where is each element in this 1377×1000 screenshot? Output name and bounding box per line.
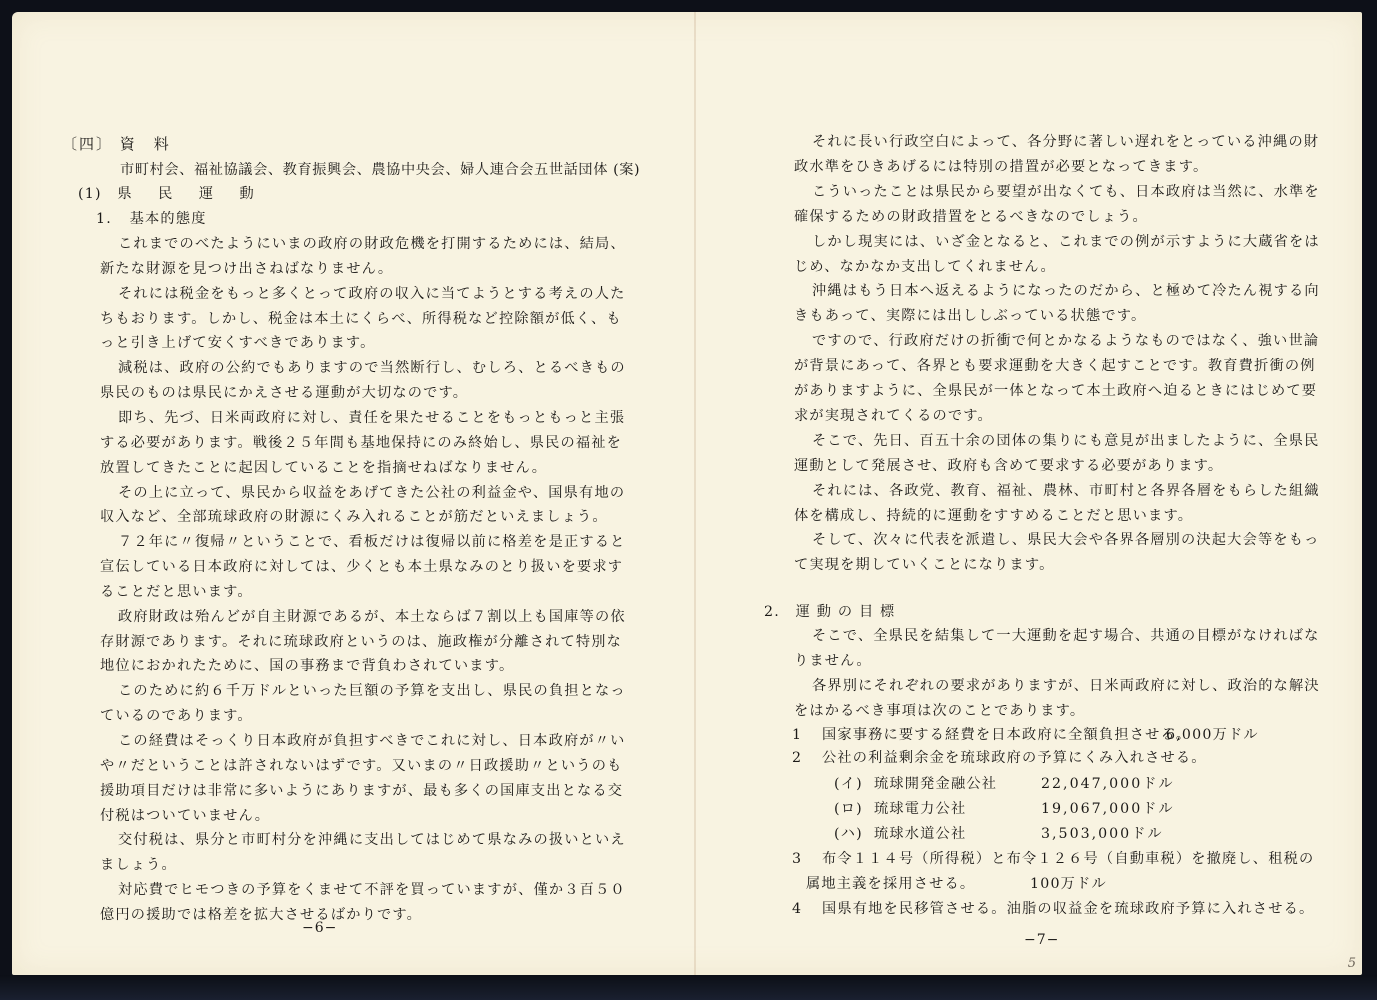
corporation-name: 琉球水道公社 <box>874 824 966 844</box>
body-line: それには税金をもっと多くとって政府の収入に当てようとする考えの人た <box>118 284 626 304</box>
demand-3-amount: 100万ドル <box>1030 874 1107 894</box>
demand-text: 公社の利益剰余金を琉球政府の予算にくみ入れさせる。 <box>822 750 1207 766</box>
page-number-right: −7− <box>1024 932 1059 948</box>
demand-number: 1 <box>792 727 802 743</box>
subsection-heading: (1) 県 民 運 動 <box>78 184 265 204</box>
corporation-name: 琉球電力公社 <box>874 799 966 819</box>
body-line: そこで、先日、百五十余の団体の集りにも意見が出ましたように、全県民 <box>812 431 1320 451</box>
body-line: じめ、なかなか支出してくれません。 <box>794 257 1056 277</box>
body-line: それには、各政党、教育、福祉、農林、市町村と各界各層をもらした組織 <box>812 481 1320 501</box>
body-line: それに長い行政空白によって、各分野に著しい遅れをとっている沖縄の財 <box>812 132 1319 152</box>
item2-heading: 2. 運 動 の 目 標 <box>764 602 895 622</box>
body-line: 運動として発展させ、政府も含めて要求する必要があります。 <box>794 456 1223 476</box>
body-line: その上に立って、県民から収益をあげてきた公社の利益金や、国県有地の <box>118 483 625 503</box>
corporation-amount: 19,067,000ドル <box>1041 799 1175 819</box>
subsection-number: (1) <box>78 186 102 202</box>
body-line: 放置してきたことに起因していることを指摘せねばなりません。 <box>100 458 547 478</box>
body-line: 政府財政は殆んどが自主財源であるが、本土ならば７割以上も国庫等の依 <box>118 607 626 627</box>
body-line: これまでのべたようにいまの政府の財政危機を打開するためには、結局、 <box>118 234 626 254</box>
body-line: て実現を期していくことになります。 <box>794 555 1054 575</box>
corporation-label: (イ) <box>834 774 863 794</box>
body-line: 地位におかれたために、国の事務まで背負わされています。 <box>100 656 514 676</box>
demand-text: 布令１１４号（所得税）と布令１２６号（自動車税）を撤廃し、租税の <box>822 851 1314 867</box>
body-line: っと引き上げて安くすべきであります。 <box>100 333 376 353</box>
page-number-left: −6− <box>302 920 337 936</box>
body-line: 対応費でヒモつきの予算をくませて不評を買っていますが、僅か３百５０ <box>118 880 626 900</box>
demand-number: 3 <box>792 851 802 867</box>
corporation-label: (ハ) <box>834 824 863 844</box>
body-line: こういったことは県民から要望が出なくても、日本政府は当然に、水準を <box>812 182 1320 202</box>
goal-line: 各界別にそれぞれの要求がありますが、日米両政府に対し、政治的な解決 <box>812 676 1320 696</box>
demand-text: 国家事務に要する経費を日本政府に全額負担させる。 <box>822 727 1191 743</box>
scan-background <box>0 975 1377 1000</box>
body-line: 新たな財源を見つけ出さねばなりません。 <box>100 259 393 279</box>
corporation-name: 琉球開発金融公社 <box>874 774 997 794</box>
item1-title: 基本的態度 <box>130 211 207 227</box>
body-line: 確保するための財政措置をとるべきなのでしょう。 <box>794 207 1148 227</box>
body-line: 付税はついていません。 <box>100 806 270 826</box>
demand-1-amount: 6,000万ドル <box>1166 725 1259 745</box>
body-line: 交付税は、県分と市町村分を沖縄に支出してはじめて県なみの扱いといえ <box>118 830 626 850</box>
demand-number: 2 <box>792 750 802 766</box>
body-line: ですので、行政府だけの折衝で何とかなるようなものではなく、強い世論 <box>812 331 1319 351</box>
body-line: ちもおります。しかし、税金は本土にくらべ、所得税など控除額が低く、も <box>100 309 622 329</box>
body-line: 減税は、政府の公約でもありますので当然断行し、むしろ、とるべきもの <box>118 358 626 378</box>
body-line: 宣伝している日本政府に対しては、少くとも本土県なみのとり扱いを要求す <box>100 557 623 577</box>
body-line: ているのであります。 <box>100 706 253 726</box>
body-line: 存財源であります。それに琉球政府というのは、施政権が分離されて特別な <box>100 632 622 652</box>
body-line: 求が実現されてくるのです。 <box>794 406 993 426</box>
goal-line: そこで、全県民を結集して一大運動を起す場合、共通の目標がなければな <box>812 626 1320 646</box>
subsection-title: 県 民 運 動 <box>117 186 264 202</box>
corporation-label: (ロ) <box>834 799 863 819</box>
demand-4: 4 国県有地を民移管させる。油脂の収益金を琉球政府予算に入れさせる。 <box>792 899 1314 919</box>
corner-mark: 5 <box>1348 956 1356 971</box>
item1-heading: 1. 基本的態度 <box>96 209 207 229</box>
organizations-line: 市町村会、福祉協議会、教育振興会、農協中央会、婦人連合会五世話団体 (案) <box>120 160 640 180</box>
body-line: しかし現実には、いざ金となると、これまでの例が示すように大蔵省をは <box>812 232 1320 252</box>
body-line: ７２年に〃復帰〃ということで、看板だけは復帰以前に格差を是正すると <box>118 532 626 552</box>
goal-line: をはかるべき事項は次のことであります。 <box>794 701 1085 721</box>
body-line: この経費はそっくり日本政府が負担すべきでこれに対し、日本政府が〃い <box>118 731 626 751</box>
demand-3-continued: 属地主義を採用させる。 <box>806 874 975 894</box>
body-line: 収入など、全部琉球政府の財源にくみ入れることが筋だといえましょう。 <box>100 507 608 527</box>
body-line: このために約６千万ドルといった巨額の予算を支出し、県民の負担となっ <box>118 681 626 701</box>
body-line: ましょう。 <box>100 855 177 875</box>
body-line: 即ち、先づ、日米両政府に対し、責任を果たせることをもっともっと主張 <box>118 408 625 428</box>
demand-3: 3 布令１１４号（所得税）と布令１２６号（自動車税）を撤廃し、租税の <box>792 849 1314 869</box>
body-line: きもあって、実際には出ししぶっている状態です。 <box>794 306 1146 326</box>
corporation-amount: 22,047,000ドル <box>1041 774 1175 794</box>
page-right: それに長い行政空白によって、各分野に著しい遅れをとっている沖縄の財政水準をひきあ… <box>694 12 1362 975</box>
section-heading: 〔四〕 資 料 <box>62 134 171 154</box>
demand-1: 1 国家事務に要する経費を日本政府に全額負担させる。 <box>792 725 1191 745</box>
body-line: 体を構成し、持続的に運動をすすめることだと思います。 <box>794 506 1193 526</box>
corporation-amount: 3,503,000ドル <box>1041 824 1164 844</box>
scanned-document-spread: 〔四〕 資 料 市町村会、福祉協議会、教育振興会、農協中央会、婦人連合会五世話団… <box>12 12 1362 975</box>
item1-number: 1. <box>96 211 112 227</box>
body-line: 県民のものは県民にかえさせる運動が大切なのです。 <box>100 383 468 403</box>
page-left: 〔四〕 資 料 市町村会、福祉協議会、教育振興会、農協中央会、婦人連合会五世話団… <box>12 12 694 975</box>
body-line: 沖縄はもう日本へ返えるようになったのだから、と極めて冷たん視する向 <box>812 281 1320 301</box>
body-line: 援助項目だけは非常に多いようにありますが、最も多くの国庫支出となる交 <box>100 781 623 801</box>
demand-number: 4 <box>792 901 802 917</box>
body-line: が背景にあって、各界とも要求運動を大きく起すことです。教育費折衝の例 <box>794 356 1316 376</box>
body-line: 政水準をひきあげるには特別の措置が必要となってきます。 <box>794 157 1208 177</box>
body-line: 億円の援助では格差を拡大させるばかりです。 <box>100 905 422 925</box>
body-line: がありますように、全県民が一体となって本土政府へ迫るときにはじめて要 <box>794 381 1317 401</box>
body-line: そして、次々に代表を派遣し、県民大会や各界各層別の決起大会等をもっ <box>812 530 1320 550</box>
goal-line: りません。 <box>794 651 872 671</box>
demand-text: 国県有地を民移管させる。油脂の収益金を琉球政府予算に入れさせる。 <box>822 901 1314 917</box>
item2-title: 運 動 の 目 標 <box>796 604 896 620</box>
body-line: や〃だということは許されないはずです。又いまの〃日政援助〃というのも <box>100 756 622 776</box>
body-line: する必要があります。戦後２５年間も基地保持にのみ終始し、県民の福祉を <box>100 433 622 453</box>
demand-2: 2 公社の利益剰余金を琉球政府の予算にくみ入れさせる。 <box>792 748 1207 768</box>
item2-number: 2. <box>764 604 780 620</box>
body-line: ることだと思います。 <box>100 582 253 602</box>
